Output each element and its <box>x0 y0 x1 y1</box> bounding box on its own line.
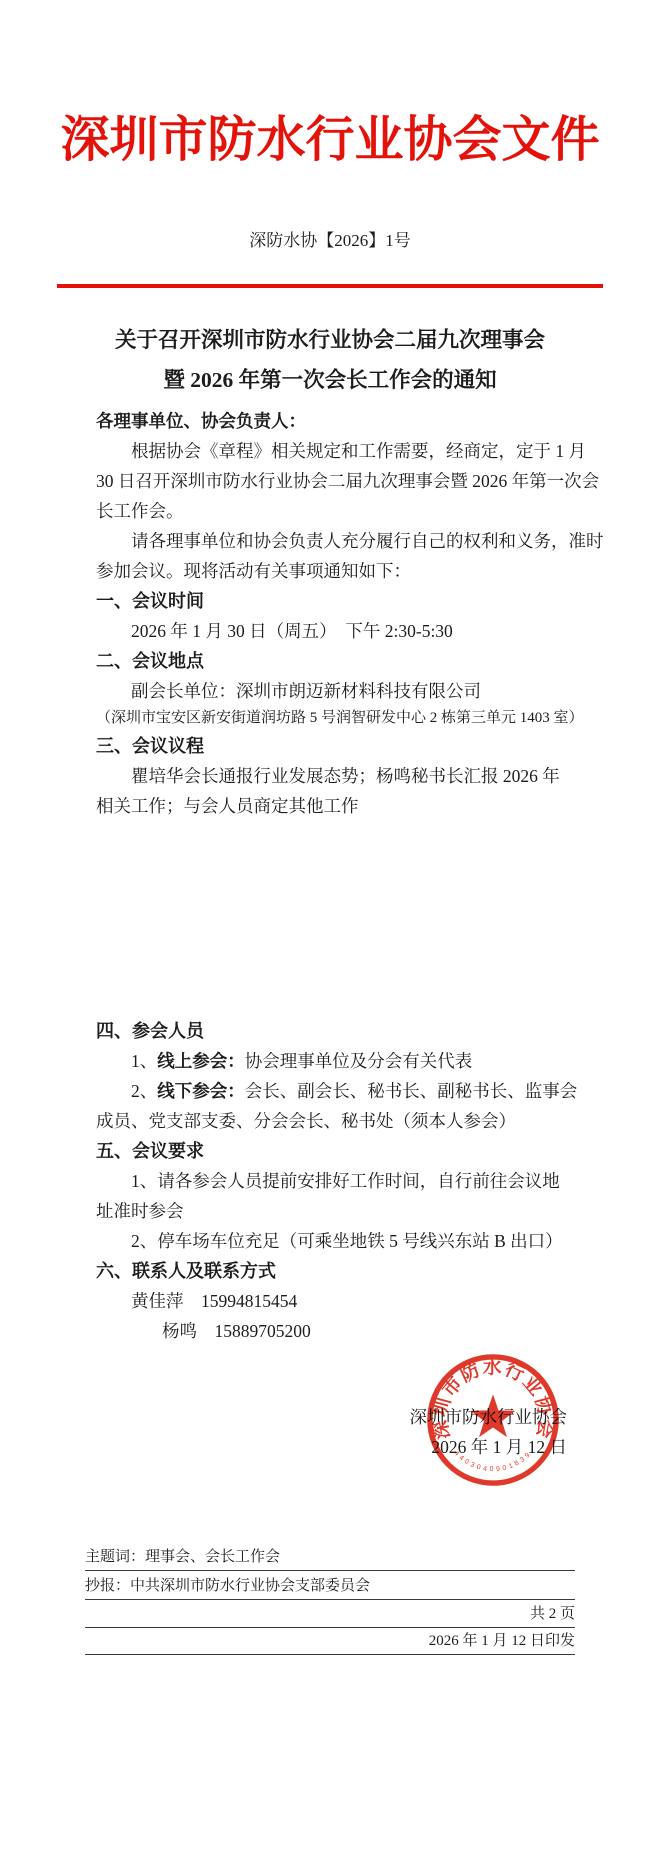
org-title: 深圳市防水行业协会文件 <box>0 108 660 172</box>
page-count: 共 2 页 <box>530 1606 575 1622</box>
online-label: 线上参会： <box>157 1051 245 1071</box>
subject-label: 主题词： <box>85 1549 145 1565</box>
red-divider <box>57 284 603 288</box>
document-body: 各理事单位、协会负责人： 根据协会《章程》相关规定和工作需要，经商定，定于 1 … <box>96 406 570 1346</box>
body-line: 址准时参会 <box>96 1196 570 1226</box>
body-line: 30 日召开深圳市防水行业协会二届九次理事会暨 2026 年第一次会 <box>96 466 570 496</box>
meeting-place: 副会长单位：深圳市朗迈新材料科技有限公司 <box>96 676 570 706</box>
body-line: 瞿培华会长通报行业发展态势；杨鸣秘书长汇报 2026 年 <box>96 761 570 791</box>
meeting-time: 2026 年 1 月 30 日（周五） 下午 2:30-5:30 <box>96 616 570 646</box>
body-line: 根据协会《章程》相关规定和工作需要，经商定，定于 1 月 <box>96 436 570 466</box>
notice-title-line2: 暨 2026 年第一次会长工作会的通知 <box>0 360 660 400</box>
list-num: 2、 <box>131 1081 157 1101</box>
official-seal: 深圳市防水行业协会 4403040901839 <box>424 1351 562 1489</box>
body-text: 会长、副会长、秘书长、副秘书长、监事会 <box>245 1081 578 1101</box>
cc-value: 中共深圳市防水行业协会支部委员会 <box>130 1578 370 1594</box>
footer-cc-row: 抄报：中共深圳市防水行业协会支部委员会 <box>85 1574 575 1600</box>
footer-print-date-row: 2026 年 1 月 12 日印发 <box>85 1629 575 1655</box>
notice-title: 关于召开深圳市防水行业协会二届九次理事会 暨 2026 年第一次会长工作会的通知 <box>0 320 660 400</box>
section-heading-6: 六、联系人及联系方式 <box>96 1256 570 1286</box>
body-line: 成员、党支部支委、分会会长、秘书处（须本人参会） <box>96 1106 570 1136</box>
footer-subject-row: 主题词：理事会、会长工作会 <box>85 1545 575 1571</box>
address-note: （深圳市宝安区新安街道润坊路 5 号润智研发中心 2 栋第三单元 1403 室） <box>96 706 570 731</box>
section-heading-5: 五、会议要求 <box>96 1136 570 1166</box>
doc-number: 深防水协【2026】1号 <box>0 230 660 252</box>
salutation: 各理事单位、协会负责人： <box>96 406 570 436</box>
body-line: 2、停车场车位充足（可乘坐地铁 5 号线兴东站 B 出口） <box>96 1226 570 1256</box>
body-line: 1、请各参会人员提前安排好工作时间，自行前往会议地 <box>96 1166 570 1196</box>
section-heading-3: 三、会议议程 <box>96 731 570 761</box>
seal-star-icon <box>471 1394 516 1437</box>
body-line: 参加会议。现将活动有关事项通知如下： <box>96 556 570 586</box>
body-text: 协会理事单位及分会有关代表 <box>245 1051 473 1071</box>
print-date: 2026 年 1 月 12 日印发 <box>429 1633 575 1649</box>
section-heading-1: 一、会议时间 <box>96 586 570 616</box>
document-page: 深圳市防水行业协会文件 深防水协【2026】1号 关于召开深圳市防水行业协会二届… <box>0 0 660 1867</box>
contact-yang: 杨鸣 15889705200 <box>96 1316 570 1346</box>
contact-huang: 黄佳萍 15994815454 <box>96 1286 570 1316</box>
section-heading-4: 四、参会人员 <box>96 1016 570 1046</box>
body-line: 请各理事单位和协会负责人充分履行自己的权利和义务，准时 <box>96 526 570 556</box>
body-line: 1、线上参会：协会理事单位及分会有关代表 <box>96 1046 570 1076</box>
body-line: 2、线下参会：会长、副会长、秘书长、副秘书长、监事会 <box>96 1076 570 1106</box>
body-line: 长工作会。 <box>96 496 570 526</box>
body-line: 相关工作；与会人员商定其他工作 <box>96 791 570 821</box>
svg-text:4403040901839: 4403040901839 <box>453 1450 534 1473</box>
list-num: 1、 <box>131 1051 157 1071</box>
notice-title-line1: 关于召开深圳市防水行业协会二届九次理事会 <box>0 320 660 360</box>
seal-serial-number: 4403040901839 <box>453 1450 534 1473</box>
footer-pages-row: 共 2 页 <box>85 1602 575 1628</box>
subject-value: 理事会、会长工作会 <box>145 1549 280 1565</box>
cc-label: 抄报： <box>85 1578 130 1594</box>
section-heading-2: 二、会议地点 <box>96 646 570 676</box>
page-break-gap <box>96 821 570 1016</box>
offline-label: 线下参会： <box>157 1081 245 1101</box>
